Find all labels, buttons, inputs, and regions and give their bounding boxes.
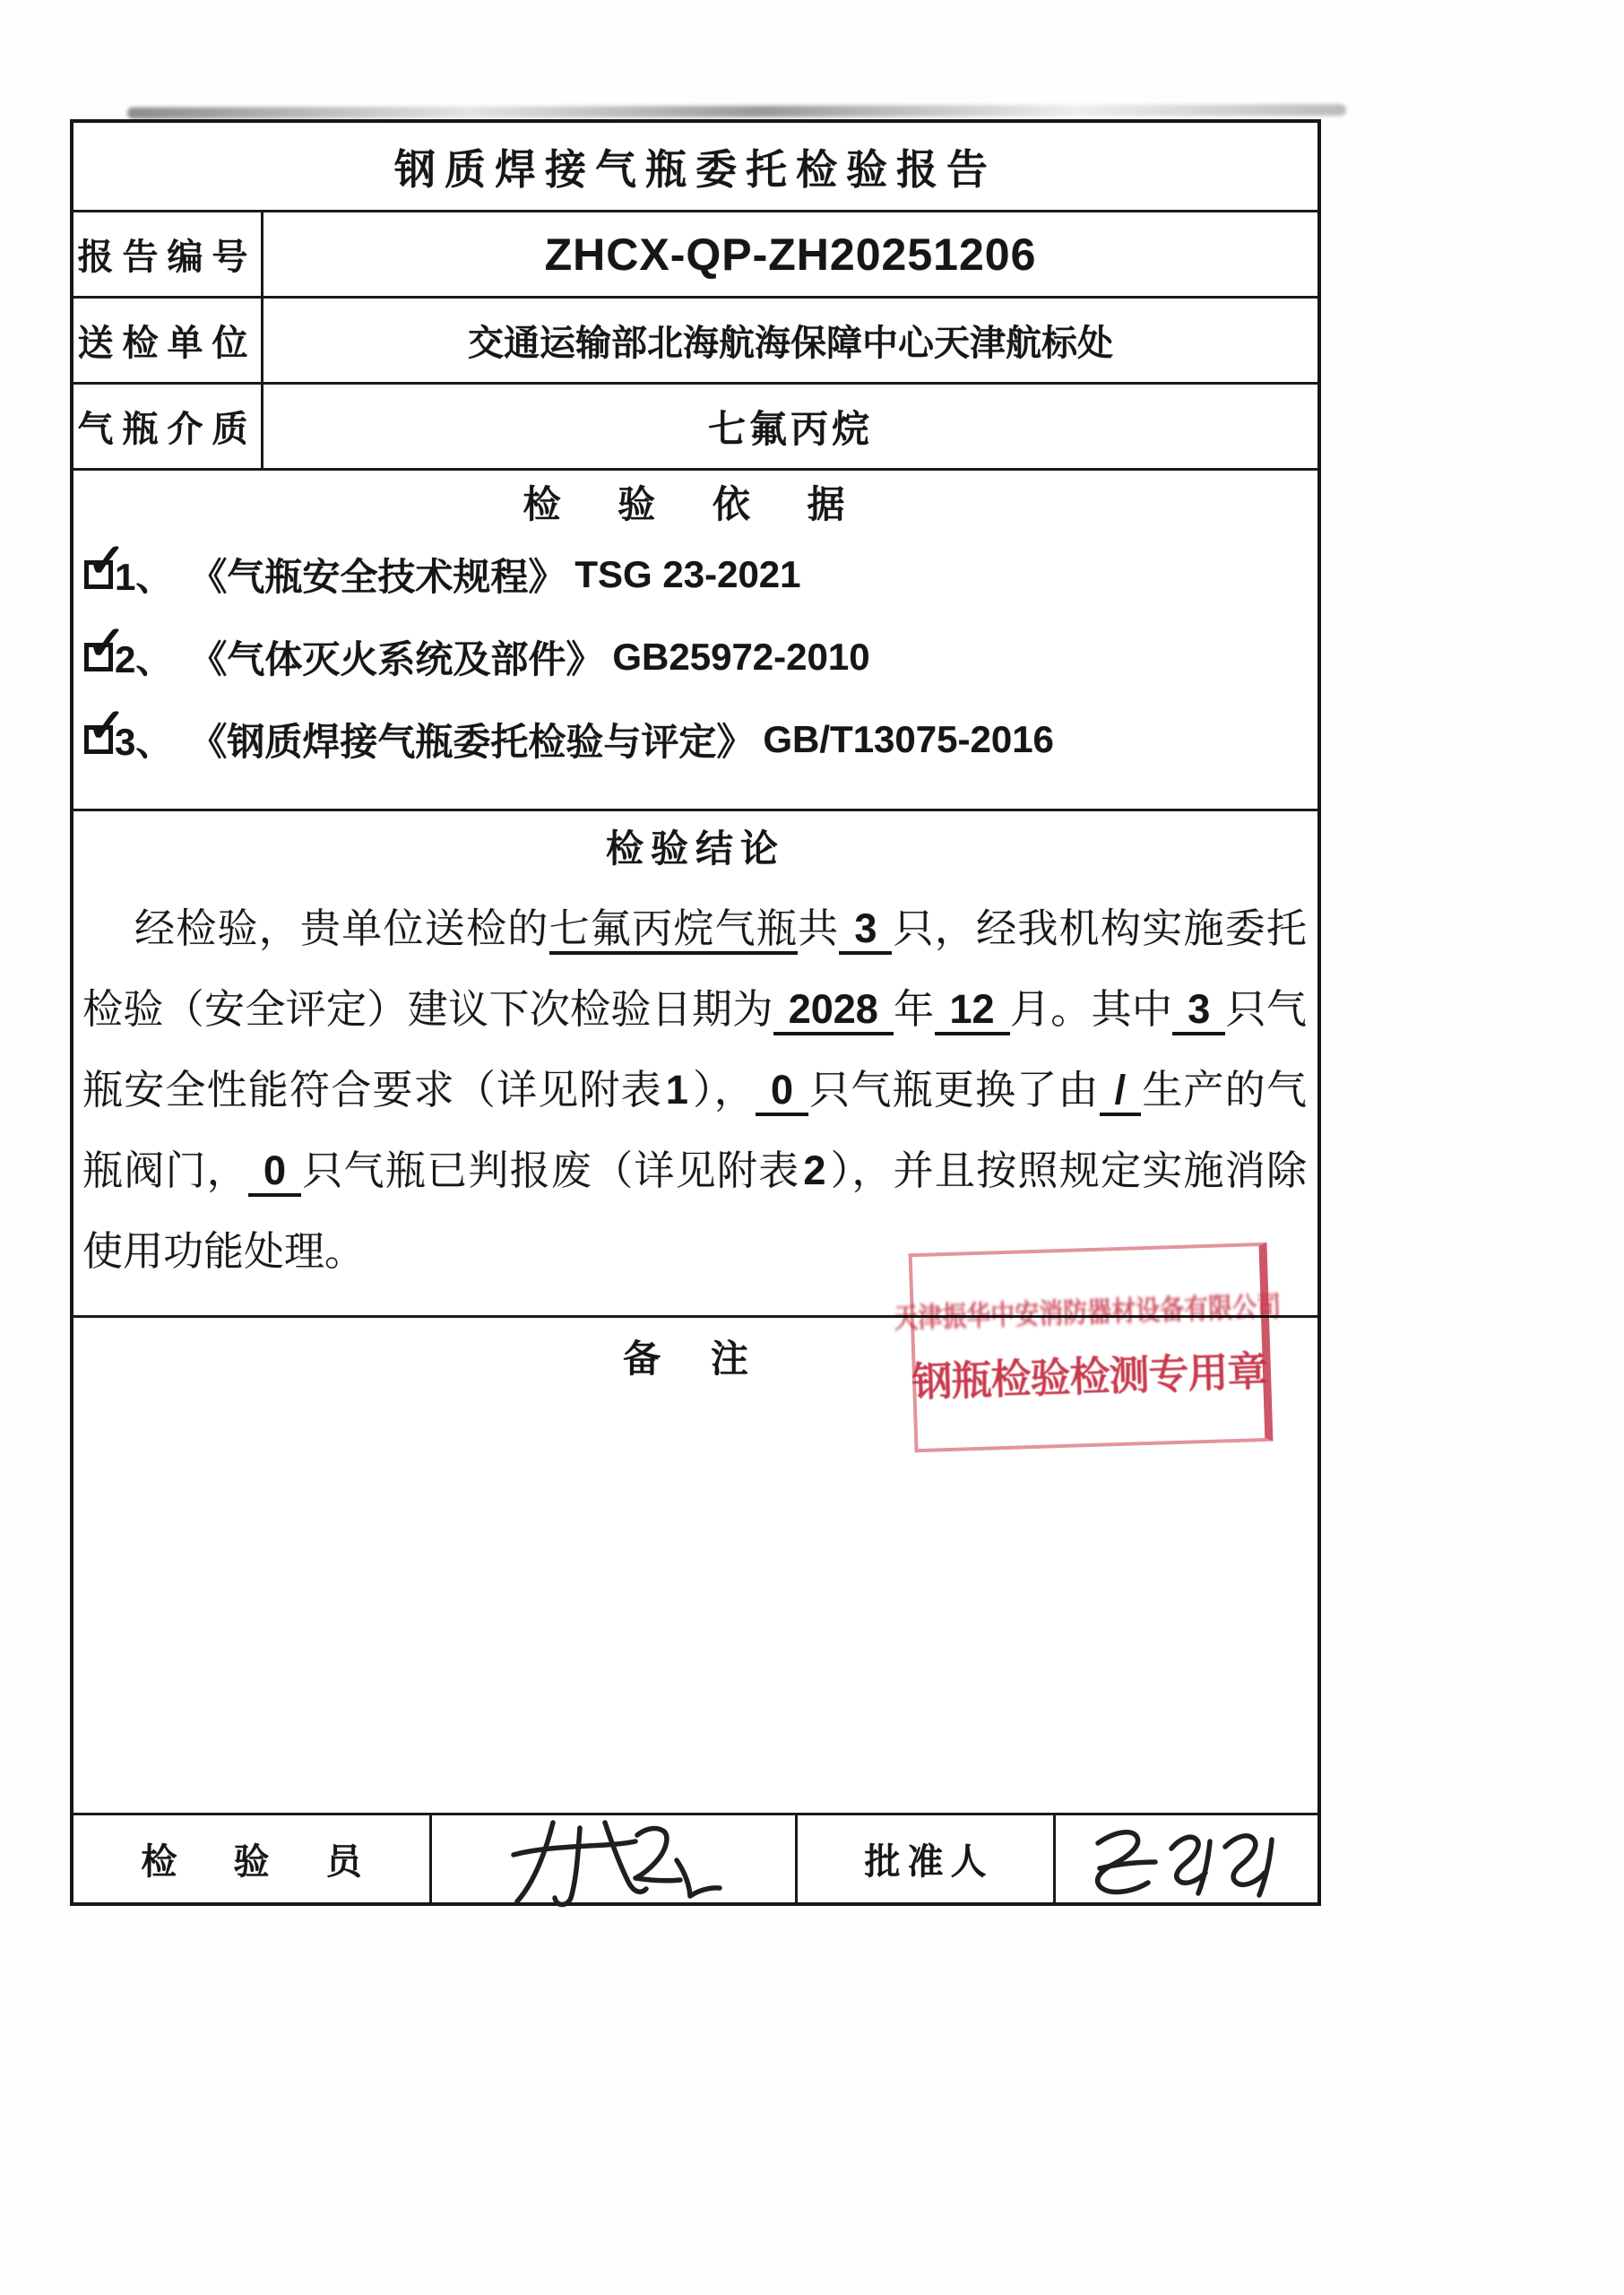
valve-count-fill: 0	[756, 1067, 808, 1116]
appendix2-number: 2	[799, 1147, 829, 1193]
basis-item-title: 《气体灭火系统及部件》	[189, 630, 603, 684]
conclusion-text: ），	[692, 1067, 756, 1113]
check-mark-icon: ✓	[87, 538, 126, 585]
scrap-count-fill: 0	[248, 1147, 301, 1197]
client-unit-value: 交通运输部北海航海保障中心天津航标处	[468, 315, 1113, 366]
checked-checkbox-icon: ✓	[84, 560, 113, 589]
conclusion-text: 经检验，贵单位送检的	[134, 905, 549, 951]
client-unit-row: 送检单位 交通运输部北海航海保障中心天津航标处	[73, 296, 1317, 382]
report-title-row: 钢质焊接气瓶委托检验报告	[73, 123, 1317, 210]
conclusion-text: 年	[894, 986, 935, 1032]
report-table: 钢质焊接气瓶委托检验报告 报告编号 ZHCX-QP-ZH20251206 送检单…	[70, 119, 1321, 1906]
signature-row: 检 验 员 批准人	[73, 1813, 1317, 1902]
approver-signature-drawing	[1075, 1813, 1299, 1906]
basis-item-code: GB/T13075-2016	[763, 718, 1054, 761]
medium-underlined: 七氟丙烷气瓶	[549, 905, 799, 955]
conclusion-paragraph: 经检验，贵单位送检的七氟丙烷气瓶共3只，经我机构实施委托检验（安全评定）建议下次…	[73, 888, 1317, 1292]
pass-count-fill: 3	[1172, 986, 1225, 1035]
total-count-fill: 3	[839, 905, 892, 955]
basis-item-code: GB25972-2010	[612, 636, 869, 679]
conclusion-text: 月。其中	[1010, 986, 1173, 1032]
report-number-label: 报告编号	[73, 212, 263, 296]
report-title: 钢质焊接气瓶委托检验报告	[394, 137, 997, 196]
next-month-fill: 12	[935, 986, 1010, 1035]
client-unit-label: 送检单位	[73, 299, 263, 382]
inspection-basis-header: 检 验 依 据	[79, 471, 1312, 533]
conclusion-text: 共	[798, 905, 839, 951]
report-number-row: 报告编号 ZHCX-QP-ZH20251206	[73, 210, 1317, 296]
cylinder-medium-value: 七氟丙烷	[708, 400, 873, 454]
inspection-conclusion-section: 检验结论 经检验，贵单位送检的七氟丙烷气瓶共3只，经我机构实施委托检验（安全评定…	[73, 809, 1317, 1315]
conclusion-text: 只气瓶更换了由	[808, 1067, 1100, 1113]
inspector-signature-drawing	[497, 1810, 730, 1909]
basis-item-title: 《钢质焊接气瓶委托检验与评定》	[189, 713, 754, 766]
checked-checkbox-icon: ✓	[84, 725, 113, 754]
valve-maker-fill: /	[1100, 1067, 1142, 1116]
basis-item-code: TSG 23-2021	[574, 553, 800, 596]
scanned-report-page: 钢质焊接气瓶委托检验报告 报告编号 ZHCX-QP-ZH20251206 送检单…	[0, 0, 1624, 2295]
remark-section: 备 注 天津振华中安消防器材设备有限公司 钢瓶检验检测专用章	[73, 1315, 1317, 1813]
stamp-seal-text: 钢瓶检验检测专用章	[911, 1338, 1267, 1407]
basis-item-2: ✓ 2、 《气体灭火系统及部件》 GB25972-2010	[79, 616, 1312, 698]
scan-smudge-artifact	[127, 104, 1346, 119]
basis-item-1: ✓ 1、 《气瓶安全技术规程》 TSG 23-2021	[79, 533, 1312, 616]
check-mark-icon: ✓	[87, 703, 126, 749]
approver-signature	[1056, 1815, 1317, 1902]
approver-label: 批准人	[798, 1815, 1056, 1902]
report-number-value: ZHCX-QP-ZH20251206	[545, 229, 1037, 281]
conclusion-text: 只气瓶已判报废（详见附表	[301, 1147, 799, 1193]
next-year-fill: 2028	[773, 986, 894, 1035]
inspection-seal-stamp: 天津振华中安消防器材设备有限公司 钢瓶检验检测专用章	[909, 1243, 1274, 1452]
inspector-label: 检 验 员	[73, 1815, 432, 1902]
basis-item-3: ✓ 3、 《钢质焊接气瓶委托检验与评定》 GB/T13075-2016	[79, 698, 1312, 781]
inspector-signature	[432, 1815, 798, 1902]
check-mark-icon: ✓	[87, 620, 126, 667]
stamp-company-name: 天津振华中安消防器材设备有限公司	[894, 1284, 1282, 1336]
appendix1-number: 1	[662, 1067, 692, 1113]
cylinder-medium-label: 气瓶介质	[73, 385, 263, 468]
cylinder-medium-row: 气瓶介质 七氟丙烷	[73, 382, 1317, 468]
inspection-basis-section: 检 验 依 据 ✓ 1、 《气瓶安全技术规程》 TSG 23-2021 ✓ 2、…	[73, 468, 1317, 809]
checked-checkbox-icon: ✓	[84, 643, 113, 671]
conclusion-header: 检验结论	[73, 815, 1317, 878]
basis-item-title: 《气瓶安全技术规程》	[189, 548, 566, 602]
